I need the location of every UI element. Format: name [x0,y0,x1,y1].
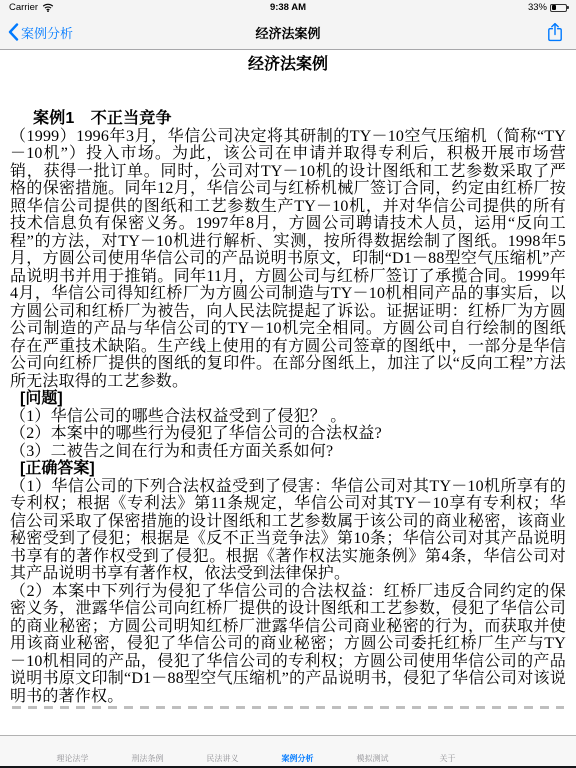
battery-icon [550,4,567,12]
chevron-left-icon [8,23,19,41]
clipped-text-line [12,706,564,709]
question-item: （2）本案中的哪些行为侵犯了华信公司的合法权益? [10,425,566,443]
battery-percent: 33% [528,2,547,13]
carrier-label: Carrier [9,2,38,13]
document-view[interactable]: 经济法案例 案例1 不正当竞争 （1999）1996年3月，华信公司决定将其研制… [0,50,576,735]
back-button[interactable]: 案例分析 [8,15,73,49]
clock: 9:38 AM [195,2,381,13]
tab-bar: 理论法学 刑法条例 民法讲义 案例分析 模拟测试 关于 [0,735,576,768]
answer-item: （2）本案中下列行为侵犯了华信公司的合法权益：红桥厂违反合同约定的保密义务，泄露… [10,583,566,706]
tab-case-analysis[interactable]: 案例分析 [260,753,335,764]
case-body-paragraph: （1999）1996年3月，华信公司决定将其研制的TY－10空气压缩机（简称“T… [10,128,566,391]
questions-label: [问题] [10,390,566,408]
status-bar: Carrier 9:38 AM 33% [0,0,576,15]
back-button-label: 案例分析 [21,23,73,42]
question-item: （1）华信公司的哪些合法权益受到了侵犯？ 。 [10,408,566,426]
tab-criminal-law[interactable]: 刑法条例 [110,753,185,764]
tab-about[interactable]: 关于 [410,753,485,764]
share-icon [547,22,563,42]
tab-civil-law[interactable]: 民法讲义 [185,753,260,764]
wifi-icon [42,3,54,12]
app-screen: Carrier 9:38 AM 33% 案例分析 [0,0,576,768]
document-title: 经济法案例 [10,56,566,74]
tab-mock-test[interactable]: 模拟测试 [335,753,410,764]
answer-item: （1）华信公司的下列合法权益受到了侵害：华信公司对其TY－10机所享有的专利权；… [10,478,566,583]
page-title: 经济法案例 [0,15,576,49]
navigation-bar: 案例分析 经济法案例 [0,15,576,50]
tab-theory-law[interactable]: 理论法学 [35,753,110,764]
case-heading: 案例1 不正当竞争 [10,110,566,128]
question-item: （3）二被告之间在行为和责任方面关系如何? [10,443,566,461]
share-button[interactable] [547,15,563,49]
answers-label: [正确答案] [10,460,566,478]
